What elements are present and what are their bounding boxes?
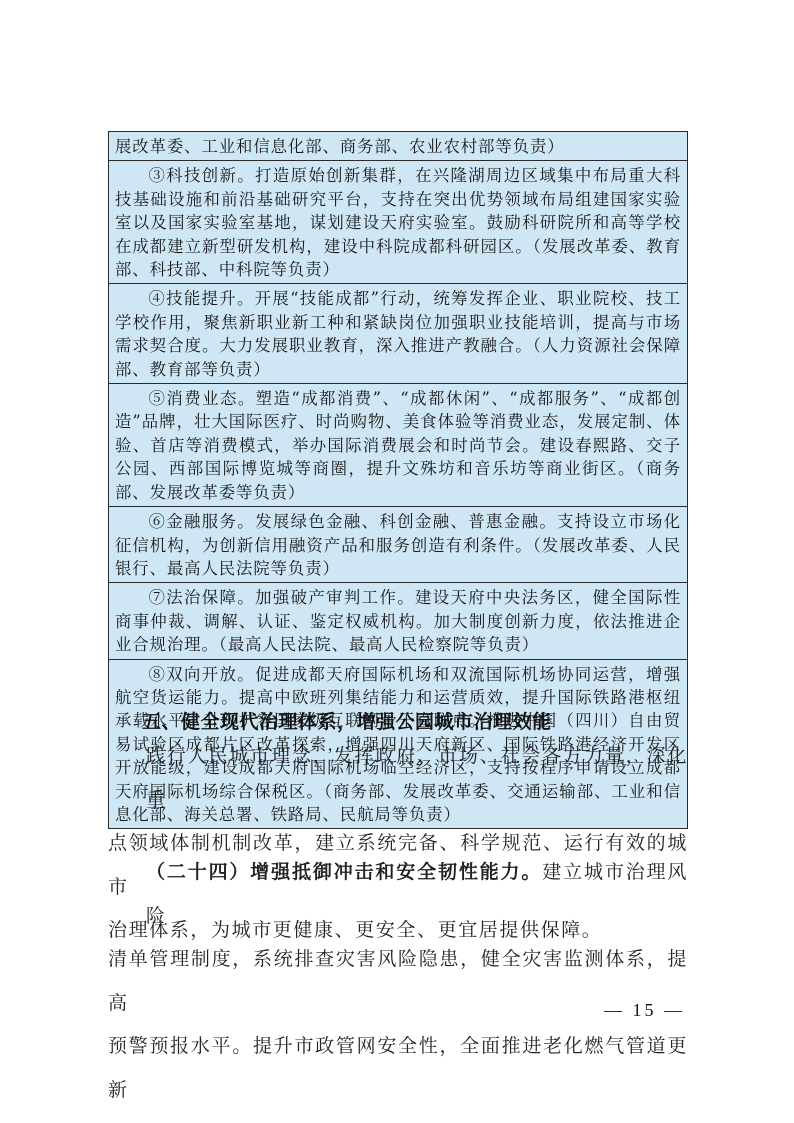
section-heading: 五、健全现代治理体系，增强公园城市治理效能	[142, 707, 552, 734]
table-row: ③科技创新。打造原始创新集群，在兴隆湖周边区域集中布局重大科技基础设施和前沿基础…	[109, 160, 687, 283]
row-text: ③科技创新。打造原始创新集群，在兴隆湖周边区域集中布局重大科技基础设施和前沿基础…	[115, 166, 681, 279]
paragraph-line: 践行人民城市理念，发挥政府、市场、社会各方力量，深化重	[108, 735, 688, 822]
table-row: ⑦法治保障。加强破产审判工作。建设天府中央法务区，健全国际性商事仲裁、调解、认证…	[109, 582, 687, 658]
paragraph-line: 清单管理制度，系统排查灾害风险隐患，健全灾害监测体系，提高	[108, 938, 688, 1025]
item-paragraph: （二十四）增强抵御冲击和安全韧性能力。建立城市治理风险 清单管理制度，系统排查灾…	[108, 851, 688, 1112]
row-text: 展改革委、工业和信息化部、商务部、农业农村部等负责）	[115, 137, 565, 156]
table-row: ⑤消费业态。塑造“成都消费”、“成都休闲”、“成都服务”、“成都创造”品牌，壮大…	[109, 383, 687, 506]
table-row: 展改革委、工业和信息化部、商务部、农业农村部等负责）	[109, 132, 687, 160]
row-text: ⑥金融服务。发展绿色金融、科创金融、普惠金融。支持设立市场化征信机构，为创新信用…	[115, 512, 681, 578]
item-title: （二十四）增强抵御冲击和安全韧性能力。	[146, 861, 542, 883]
row-text: ⑦法治保障。加强破产审判工作。建设天府中央法务区，健全国际性商事仲裁、调解、认证…	[115, 588, 681, 654]
row-text: ④技能提升。开展“技能成都”行动，统筹发挥企业、职业院校、技工学校作用，聚焦新职…	[115, 289, 681, 378]
page-number: — 15 —	[604, 1000, 685, 1021]
table-row: ④技能提升。开展“技能成都”行动，统筹发挥企业、职业院校、技工学校作用，聚焦新职…	[109, 283, 687, 383]
paragraph-line: 预警预报水平。提升市政管网安全性，全面推进老化燃气管道更新	[108, 1025, 688, 1112]
table-row: ⑥金融服务。发展绿色金融、科创金融、普惠金融。支持设立市场化征信机构，为创新信用…	[109, 506, 687, 582]
paragraph-line: （二十四）增强抵御冲击和安全韧性能力。建立城市治理风险	[108, 851, 688, 938]
row-text: ⑤消费业态。塑造“成都消费”、“成都休闲”、“成都服务”、“成都创造”品牌，壮大…	[115, 389, 681, 502]
